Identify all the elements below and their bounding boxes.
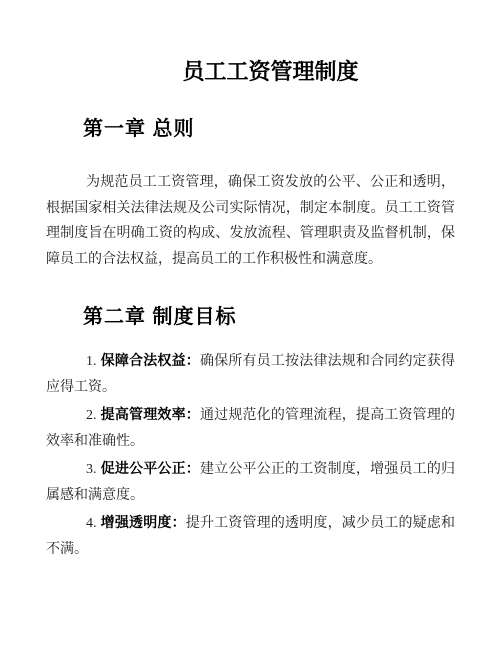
objective-item-4-number: 4. — [86, 516, 97, 531]
document-title: 员工工资管理制度 — [46, 57, 455, 87]
chapter-1-heading: 第一章 总则 — [46, 115, 455, 143]
objective-item-2-number: 2. — [86, 408, 97, 423]
chapter-1-paragraph: 为规范员工工资管理，确保工资发放的公平、公正和透明，根据国家相关法律法规及公司实… — [46, 170, 455, 272]
objective-item-2: 2.提高管理效率：通过规范化的管理流程，提高工资管理的效率和准确性。 — [46, 401, 455, 455]
chapter-2-heading: 第二章 制度目标 — [46, 303, 455, 331]
objective-item-4: 4.增强透明度：提升工资管理的透明度，减少员工的疑虑和不满。 — [46, 509, 455, 563]
objective-item-3: 3.促进公平公正：建立公平公正的工资制度，增强员工的归属感和满意度。 — [46, 455, 455, 509]
objective-item-1: 1.保障合法权益：确保所有员工按法律法规和合同约定获得应得工资。 — [46, 347, 455, 401]
objective-item-3-label: 促进公平公正： — [101, 460, 200, 476]
objective-item-1-label: 保障合法权益： — [101, 352, 200, 368]
objective-item-2-label: 提高管理效率： — [101, 406, 200, 422]
document-page: 员工工资管理制度 第一章 总则 为规范员工工资管理，确保工资发放的公平、公正和透… — [0, 0, 500, 647]
objective-item-3-number: 3. — [86, 462, 97, 477]
objective-item-1-number: 1. — [86, 354, 97, 369]
objective-item-4-label: 增强透明度： — [101, 514, 186, 530]
